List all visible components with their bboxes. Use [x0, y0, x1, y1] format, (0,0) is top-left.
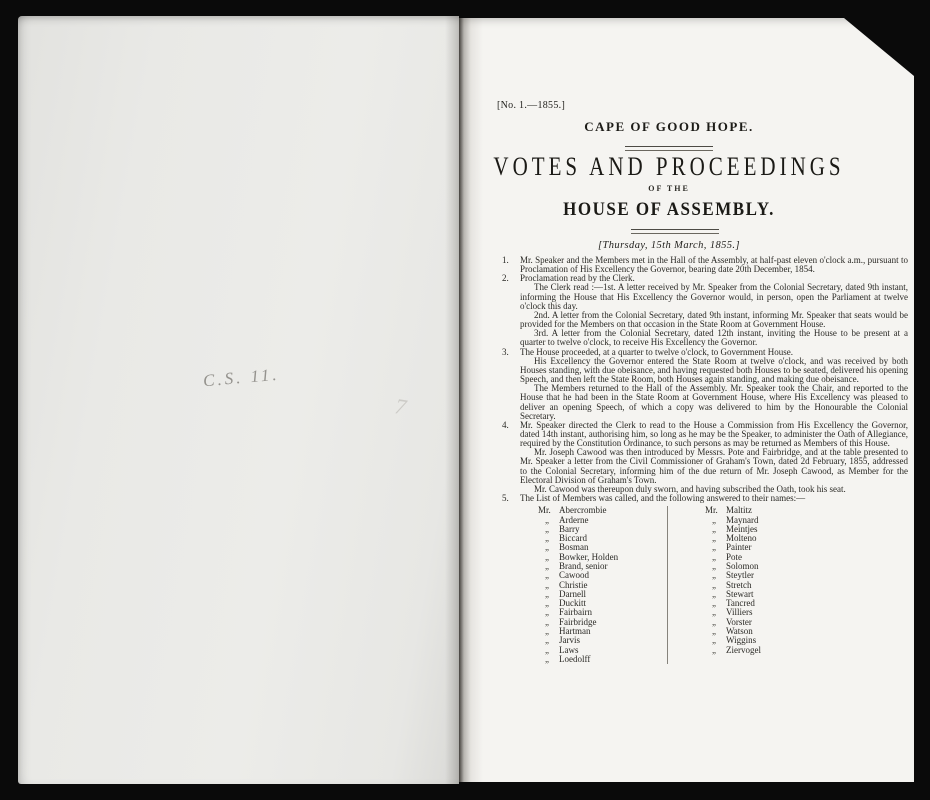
member-row: „Cawood	[538, 571, 667, 580]
of-the-label: OF THE	[459, 184, 879, 193]
member-row: „Hartman	[538, 627, 667, 636]
item-paragraphs: The List of Members was called, and the …	[520, 494, 908, 503]
item-paragraphs: Mr. Speaker directed the Clerk to read t…	[520, 421, 908, 494]
item-number: 3.	[502, 348, 509, 357]
proceedings-items: 1.Mr. Speaker and the Members met in the…	[502, 256, 908, 503]
member-row: „Loedolff	[538, 655, 667, 664]
members-section: Mr.Abercrombie„Arderne„Barry„Biccard„Bos…	[538, 506, 908, 664]
item-paragraphs: Mr. Speaker and the Members met in the H…	[520, 256, 908, 274]
paragraph: 3rd. A letter from the Colonial Secretar…	[520, 329, 908, 347]
paragraph: Mr. Speaker directed the Clerk to read t…	[520, 421, 908, 448]
pencil-mark: 7	[393, 393, 408, 420]
region-title: CAPE OF GOOD HOPE.	[459, 119, 879, 135]
handwritten-annotation: C.S. 11.	[202, 365, 280, 392]
paragraph: 2nd. A letter from the Colonial Secretar…	[520, 311, 908, 329]
proceedings-item: 5.The List of Members was called, and th…	[502, 494, 908, 503]
paragraph: Mr. Joseph Cawood was then introduced by…	[520, 448, 908, 485]
member-row: „Darnell	[538, 590, 667, 599]
item-number: 2.	[502, 274, 509, 283]
ditto-mark: „	[538, 655, 559, 664]
right-page: [No. 1.—1855.] CAPE OF GOOD HOPE. VOTES …	[459, 18, 914, 782]
member-name: Ziervogel	[726, 645, 761, 655]
member-row: „Duckitt	[538, 599, 667, 608]
member-row: „Christie	[538, 581, 667, 590]
main-title: VOTES AND PROCEEDINGS	[459, 151, 879, 182]
paragraph: Mr. Speaker and the Members met in the H…	[520, 256, 908, 274]
paragraph: The Clerk read :—1st. A letter received …	[520, 283, 908, 310]
document-number: [No. 1.—1855.]	[497, 100, 565, 111]
item-paragraphs: The House proceeded, at a quarter to twe…	[520, 348, 908, 421]
member-row: „Biccard	[538, 534, 667, 543]
paragraph: His Excellency the Governor entered the …	[520, 357, 908, 384]
body-title: HOUSE OF ASSEMBLY.	[459, 198, 879, 220]
item-number: 4.	[502, 421, 509, 430]
paragraph: The Members returned to the Hall of the …	[520, 384, 908, 421]
session-dateline: [Thursday, 15th March, 1855.]	[459, 240, 879, 251]
member-row: „Laws	[538, 646, 667, 655]
double-rule	[631, 229, 719, 234]
member-row: „Brand, senior	[538, 562, 667, 571]
members-left-column: Mr.Abercrombie„Arderne„Barry„Biccard„Bos…	[538, 506, 667, 664]
proceedings-item: 3.The House proceeded, at a quarter to t…	[502, 348, 908, 421]
item-number: 5.	[502, 494, 509, 503]
member-name: Loedolff	[559, 654, 590, 664]
proceedings-item: 2.Proclamation read by the Clerk.The Cle…	[502, 274, 908, 347]
proceedings-text: 1.Mr. Speaker and the Members met in the…	[502, 256, 908, 664]
item-paragraphs: Proclamation read by the Clerk.The Clerk…	[520, 274, 908, 347]
paragraph: The List of Members was called, and the …	[520, 494, 908, 503]
member-row: „Jarvis	[538, 636, 667, 645]
proceedings-item: 4.Mr. Speaker directed the Clerk to read…	[502, 421, 908, 494]
member-row: „Fairbridge	[538, 618, 667, 627]
member-row: „Fairbairn	[538, 608, 667, 617]
item-number: 1.	[502, 256, 509, 265]
members-right-column: Mr.Maltitz„Maynard„Meintjes„Molteno„Pain…	[668, 506, 761, 664]
member-row: „Barry	[538, 525, 667, 534]
left-page: C.S. 11. 7	[18, 16, 459, 784]
member-row: Mr.Abercrombie	[538, 506, 667, 515]
member-row: „Ziervogel	[705, 646, 761, 655]
member-row: „Arderne	[538, 516, 667, 525]
ditto-mark: „	[705, 646, 726, 655]
proceedings-item: 1.Mr. Speaker and the Members met in the…	[502, 256, 908, 274]
